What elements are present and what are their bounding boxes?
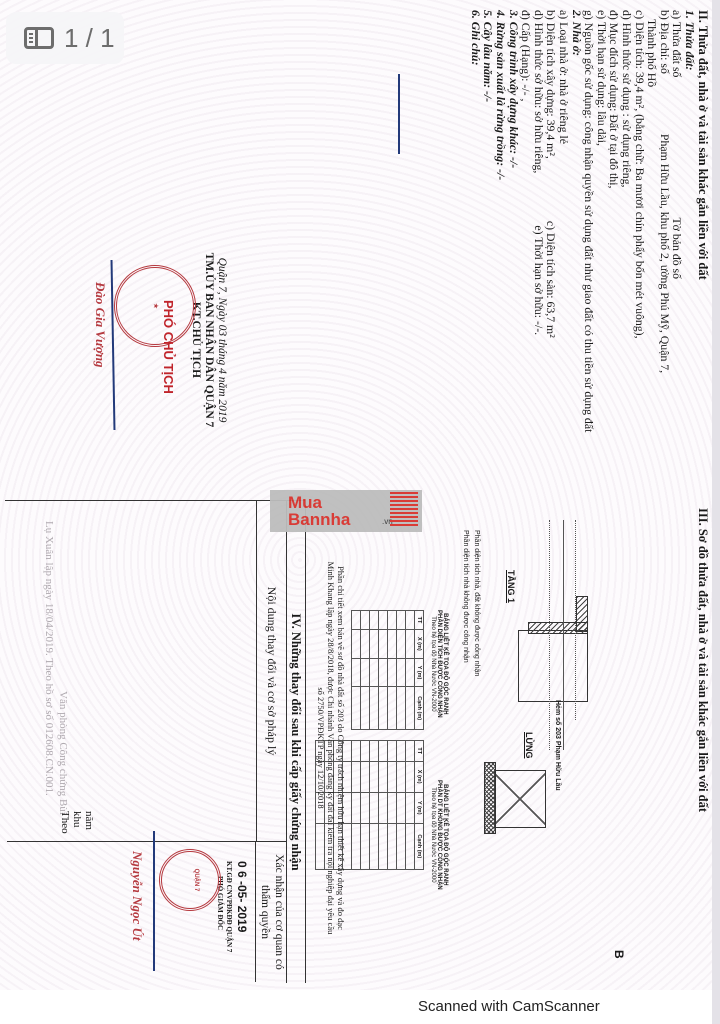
- land-usage-purpose: đ) Mục đích sử dụng: Đất ở tại đô thị,: [608, 10, 621, 432]
- scanner-footer: Scanned with CamScanner: [0, 990, 712, 1024]
- section-iii-title: III. Sơ đồ thửa đất, nhà ở và tài sản kh…: [695, 508, 710, 812]
- camscanner-credit: Scanned with CamScanner: [418, 998, 600, 1015]
- row-according: Theo: [59, 811, 71, 834]
- confirmation-date: 0 6 -05- 2019: [235, 861, 249, 932]
- perennial-trees: 5. Cây lâu năm: -/-: [482, 10, 495, 432]
- alley-label: Hẻm số 203 Phạm Hữu Lầu: [554, 700, 561, 791]
- legend-item-2: Phần diện tích nhà không được công nhận: [462, 530, 469, 663]
- row-area: khu: [71, 811, 83, 828]
- change-record-faded: Lụ Xuân lập ngày 18/04/2019. Theo hồ sơ …: [43, 521, 55, 796]
- house-ownership: d) Hình thức sở hữu: sở hữu riêng,e) Thờ…: [532, 10, 545, 432]
- land-heading: 1. Thửa đất:: [683, 10, 696, 432]
- land-area: c) Diện tích: 39,4 m², (bằng chữ: Ba mươ…: [633, 10, 646, 432]
- north-marker: B: [612, 950, 626, 959]
- drawing-description: Phần chi tiết xem bản vẽ sơ đồ nhà đất s…: [316, 508, 346, 988]
- mezzanine-plan: [494, 770, 546, 828]
- signer-name-right: Nguyễn Ngọc Út: [129, 851, 145, 941]
- scrollbar-track[interactable]: [712, 0, 720, 1024]
- scanned-document: II. Thửa đất, nhà ở và tài sản khác gắn …: [0, 0, 716, 990]
- land-usage-term: e) Thời hạn sử dụng: lâu dài,: [595, 10, 608, 432]
- mezzanine-label: LỬNG: [524, 732, 534, 758]
- signature-stroke-left: [111, 260, 115, 430]
- row-year: năm: [83, 811, 95, 830]
- section-iv-title: IV. Những thay đổi sau khi cấp giấy chứn…: [286, 501, 305, 983]
- signature-stroke-right: [154, 831, 156, 971]
- official-stamp-left: ★: [114, 265, 196, 347]
- watermark-logo: MuaBannha .vn: [270, 490, 422, 532]
- mezzanine-hatched-area: [484, 762, 496, 834]
- signature-block-left: Quận 7, Ngày 03 tháng 4 năm 2019 TM.ỦY B…: [189, 235, 228, 445]
- section-iv-table: IV. Những thay đổi sau khi cấp giấy chứn…: [5, 500, 306, 983]
- land-address: b) Địa chỉ: sốPhạm Hữu Lầu, khu phố 2, ư…: [658, 10, 671, 432]
- confirmation-column-header: Xác nhận của cơ quan có thẩm quyền: [255, 842, 287, 982]
- page-indicator[interactable]: 1 / 1: [6, 12, 124, 64]
- boundary-line: [575, 520, 576, 720]
- issuing-org: TM.ỦY BAN NHÂN DÂN QUẬN 7: [202, 235, 215, 445]
- house-grade: đ) Cấp (Hạng): -/- ,: [520, 10, 533, 432]
- signer-name-left: Đào Gia Vượng: [92, 282, 108, 368]
- floor1-plan: [518, 630, 588, 702]
- production-forest: 4. Rừng sản xuất là rừng trồng: -/-: [495, 10, 508, 432]
- issue-date: Quận 7, Ngày 03 tháng 4 năm 2019: [215, 235, 228, 445]
- signer-role: KT.CHỦ TỊCH: [189, 235, 202, 445]
- table-left-title: BẢNG LIỆT KÊ TỌA ĐỘ GÓC RANH PHẦN DIỆN T…: [430, 610, 448, 718]
- changes-column-header: Nội dung thay đổi và cơ sở pháp lý: [256, 501, 287, 842]
- building-icon: [390, 492, 418, 528]
- land-origin: g) Nguồn gốc sử dụng: công nhận quyền sử…: [583, 10, 596, 432]
- deputy-chair-title: PHÓ CHỦ TỊCH: [161, 300, 176, 394]
- land-parcel-number: a) Thửa đất sốTờ bản đồ số: [671, 10, 684, 432]
- office-stamp-right: QUẬN 7: [159, 849, 221, 911]
- house-heading: 2. Nhà ở:: [570, 10, 583, 432]
- alley-line: [563, 520, 564, 750]
- sidebar-toggle-icon[interactable]: [24, 27, 54, 49]
- land-city: Thành phố Hồ: [646, 10, 659, 432]
- column-divider: [7, 841, 257, 842]
- notes-signature-stroke: [399, 74, 401, 154]
- notes: 6. Ghi chú:: [469, 10, 482, 432]
- watermark-brand: MuaBannha: [288, 494, 350, 528]
- section-iii-iv: III. Sơ đồ thửa đất, nhà ở và tài sản kh…: [0, 500, 716, 990]
- section-ii: II. Thửa đất, nhà ở và tài sản khác gắn …: [0, 0, 716, 500]
- notary-office-faded: Văn phòng Công chứng Bùi: [57, 691, 69, 815]
- section-ii-title: II. Thửa đất, nhà ở và tài sản khác gắn …: [695, 10, 710, 280]
- land-usage-form: d) Hình thức sử dụng : sử dụng riêng,: [620, 10, 633, 432]
- floor1-label: TẦNG 1: [506, 570, 516, 603]
- house-type: a) Loại nhà ở: nhà ở riêng lẻ: [557, 10, 570, 432]
- confirmation-org: KT.GĐ CNVPĐKĐĐ QUẬN 7: [225, 861, 233, 952]
- boundary-line: [549, 520, 550, 750]
- other-constructions: 3. Công trình xây dựng khác: -/-: [507, 10, 520, 432]
- section-ii-lines: 1. Thửa đất: a) Thửa đất sốTờ bản đồ số …: [469, 10, 696, 432]
- house-build-area: b) Diện tích xây dựng: 39,4 m²,c) Diện t…: [545, 10, 558, 432]
- coordinates-table-recognized: TTX (m)Y (m)Cạnh (m): [351, 610, 424, 730]
- floor1-hatched-strip: [528, 622, 588, 634]
- page-count: 1 / 1: [64, 23, 115, 54]
- legend-item-1: Phần diện tích nhà, đất không được công …: [473, 530, 480, 676]
- table-right-title: BẢNG LIỆT KÊ TỌA ĐỘ GÓC RANH PHẦN DT KHÔ…: [430, 780, 448, 890]
